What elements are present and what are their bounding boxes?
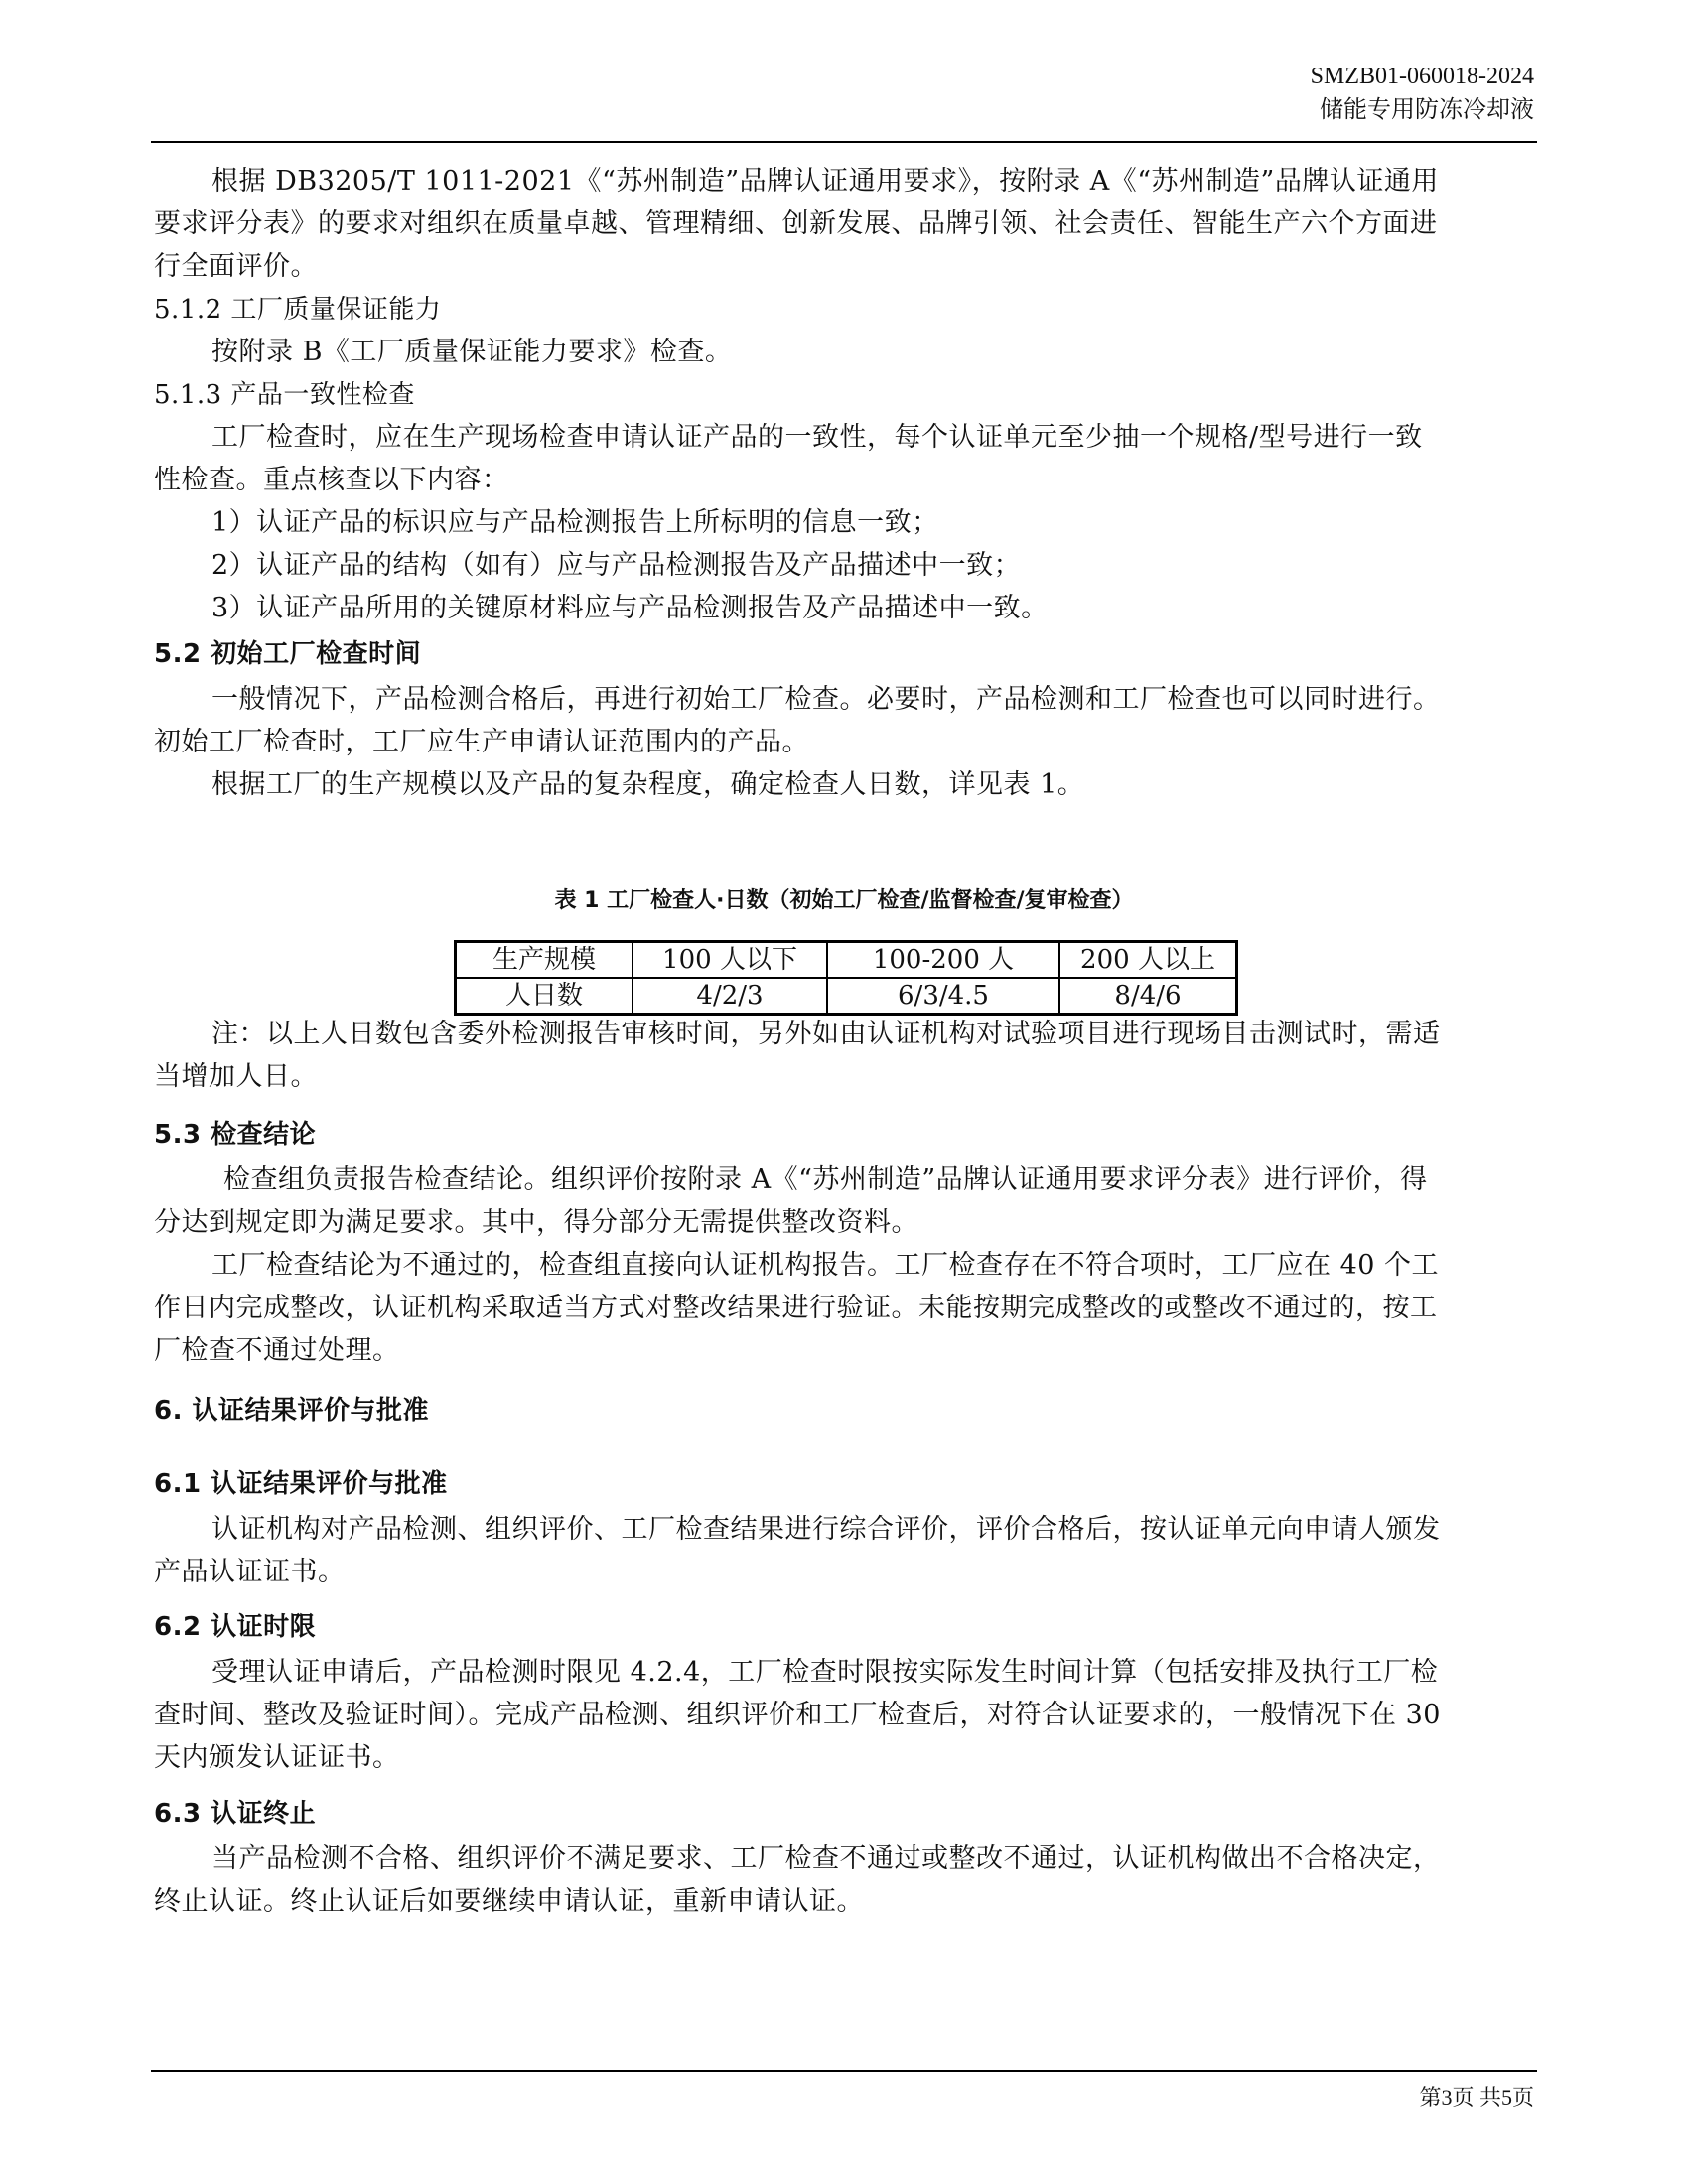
s52-p1-line-2: 初始工厂检查时，工厂应生产申请认证范围内的产品。 [154, 726, 809, 759]
page-number: 第3页 共5页 [1419, 2081, 1534, 2112]
doc-title: 储能专用防冻冷却液 [1320, 95, 1534, 125]
heading-6: 6. 认证结果评价与批准 [154, 1394, 429, 1428]
s53-p2-line-1: 工厂检查结论为不通过的，检查组直接向认证机构报告。工厂检查存在不符合项时，工厂应… [211, 1249, 1439, 1283]
table-cell: 生产规模 [456, 942, 633, 979]
heading-6-3: 6.3 认证终止 [154, 1797, 316, 1831]
heading-5-1-3: 5.1.3 产品一致性检查 [154, 378, 415, 412]
table-cell: 200 人以上 [1059, 942, 1237, 979]
intro-line-2: 要求评分表》的要求对组织在质量卓越、管理精细、创新发展、品牌引领、社会责任、智能… [154, 207, 1438, 241]
intro-line-1: 根据 DB3205/T 1011-2021《“苏州制造”品牌认证通用要求》，按附… [211, 165, 1439, 199]
note-line-2: 当增加人日。 [154, 1060, 318, 1094]
s63-line-2: 终止认证。终止认证后如要继续申请认证，重新申请认证。 [154, 1885, 864, 1919]
heading-5-3: 5.3 检查结论 [154, 1118, 316, 1152]
footer-rule [151, 2070, 1537, 2072]
s512-text: 按附录 B《工厂质量保证能力要求》检查。 [211, 336, 732, 369]
intro-line-3: 行全面评价。 [154, 250, 318, 284]
note-line-1: 注：以上人日数包含委外检测报告审核时间，另外如由认证机构对试验项目进行现场目击测… [211, 1018, 1441, 1051]
table-caption: 表 1 工厂检查人·日数（初始工厂检查/监督检查/复审检查） [0, 887, 1688, 916]
s63-line-1: 当产品检测不合格、组织评价不满足要求、工厂检查不通过或整改不通过，认证机构做出不… [211, 1843, 1441, 1876]
list-item: 3）认证产品所用的关键原材料应与产品检测报告及产品描述中一致。 [211, 592, 1049, 625]
s61-line-2: 产品认证证书。 [154, 1556, 346, 1589]
heading-6-1: 6.1 认证结果评价与批准 [154, 1467, 448, 1501]
table-cell: 4/2/3 [633, 978, 827, 1015]
table-cell: 6/3/4.5 [827, 978, 1059, 1015]
s62-line-1: 受理认证申请后，产品检测时限见 4.2.4，工厂检查时限按实际发生时间计算（包括… [211, 1656, 1438, 1690]
heading-5-2: 5.2 初始工厂检查时间 [154, 637, 421, 671]
s61-line-1: 认证机构对产品检测、组织评价、工厂检查结果进行综合评价，评价合格后，按认证单元向… [211, 1513, 1441, 1547]
s513-line-1: 工厂检查时，应在生产现场检查申请认证产品的一致性，每个认证单元至少抽一个规格/型… [211, 421, 1423, 455]
list-item: 2）认证产品的结构（如有）应与产品检测报告及产品描述中一致； [211, 549, 1021, 583]
table-cell: 100-200 人 [827, 942, 1059, 979]
heading-5-1-2: 5.1.2 工厂质量保证能力 [154, 293, 441, 327]
s53-p1-line-1: 检查组负责报告检查结论。组织评价按附录 A《“苏州制造”品牌认证通用要求评分表》… [223, 1163, 1428, 1197]
table-row: 人日数 4/2/3 6/3/4.5 8/4/6 [456, 978, 1237, 1015]
s62-line-2: 查时间、整改及验证时间）。完成产品检测、组织评价和工厂检查后，对符合认证要求的，… [154, 1699, 1441, 1732]
s53-p2-line-3: 厂检查不通过处理。 [154, 1334, 400, 1368]
s52-p1-line-1: 一般情况下，产品检测合格后，再进行初始工厂检查。必要时，产品检测和工厂检查也可以… [211, 683, 1441, 717]
s53-p1-line-2: 分达到规定即为满足要求。其中，得分部分无需提供整改资料。 [154, 1206, 918, 1240]
table-cell: 人日数 [456, 978, 633, 1015]
table-cell: 8/4/6 [1059, 978, 1237, 1015]
s62-line-3: 天内颁发认证证书。 [154, 1741, 400, 1775]
heading-6-2: 6.2 认证时限 [154, 1610, 316, 1644]
inspection-days-table: 生产规模 100 人以下 100-200 人 200 人以上 人日数 4/2/3… [454, 940, 1238, 1016]
list-item: 1）认证产品的标识应与产品检测报告上所标明的信息一致； [211, 506, 939, 540]
doc-code: SMZB01-060018-2024 [1311, 62, 1534, 91]
s513-line-2: 性检查。重点核查以下内容： [154, 464, 509, 497]
s52-p2: 根据工厂的生产规模以及产品的复杂程度，确定检查人日数，详见表 1。 [211, 768, 1084, 802]
s53-p2-line-2: 作日内完成整改，认证机构采取适当方式对整改结果进行验证。未能按期完成整改的或整改… [154, 1292, 1438, 1325]
table-cell: 100 人以下 [633, 942, 827, 979]
header-rule [151, 141, 1537, 143]
table-row: 生产规模 100 人以下 100-200 人 200 人以上 [456, 942, 1237, 979]
